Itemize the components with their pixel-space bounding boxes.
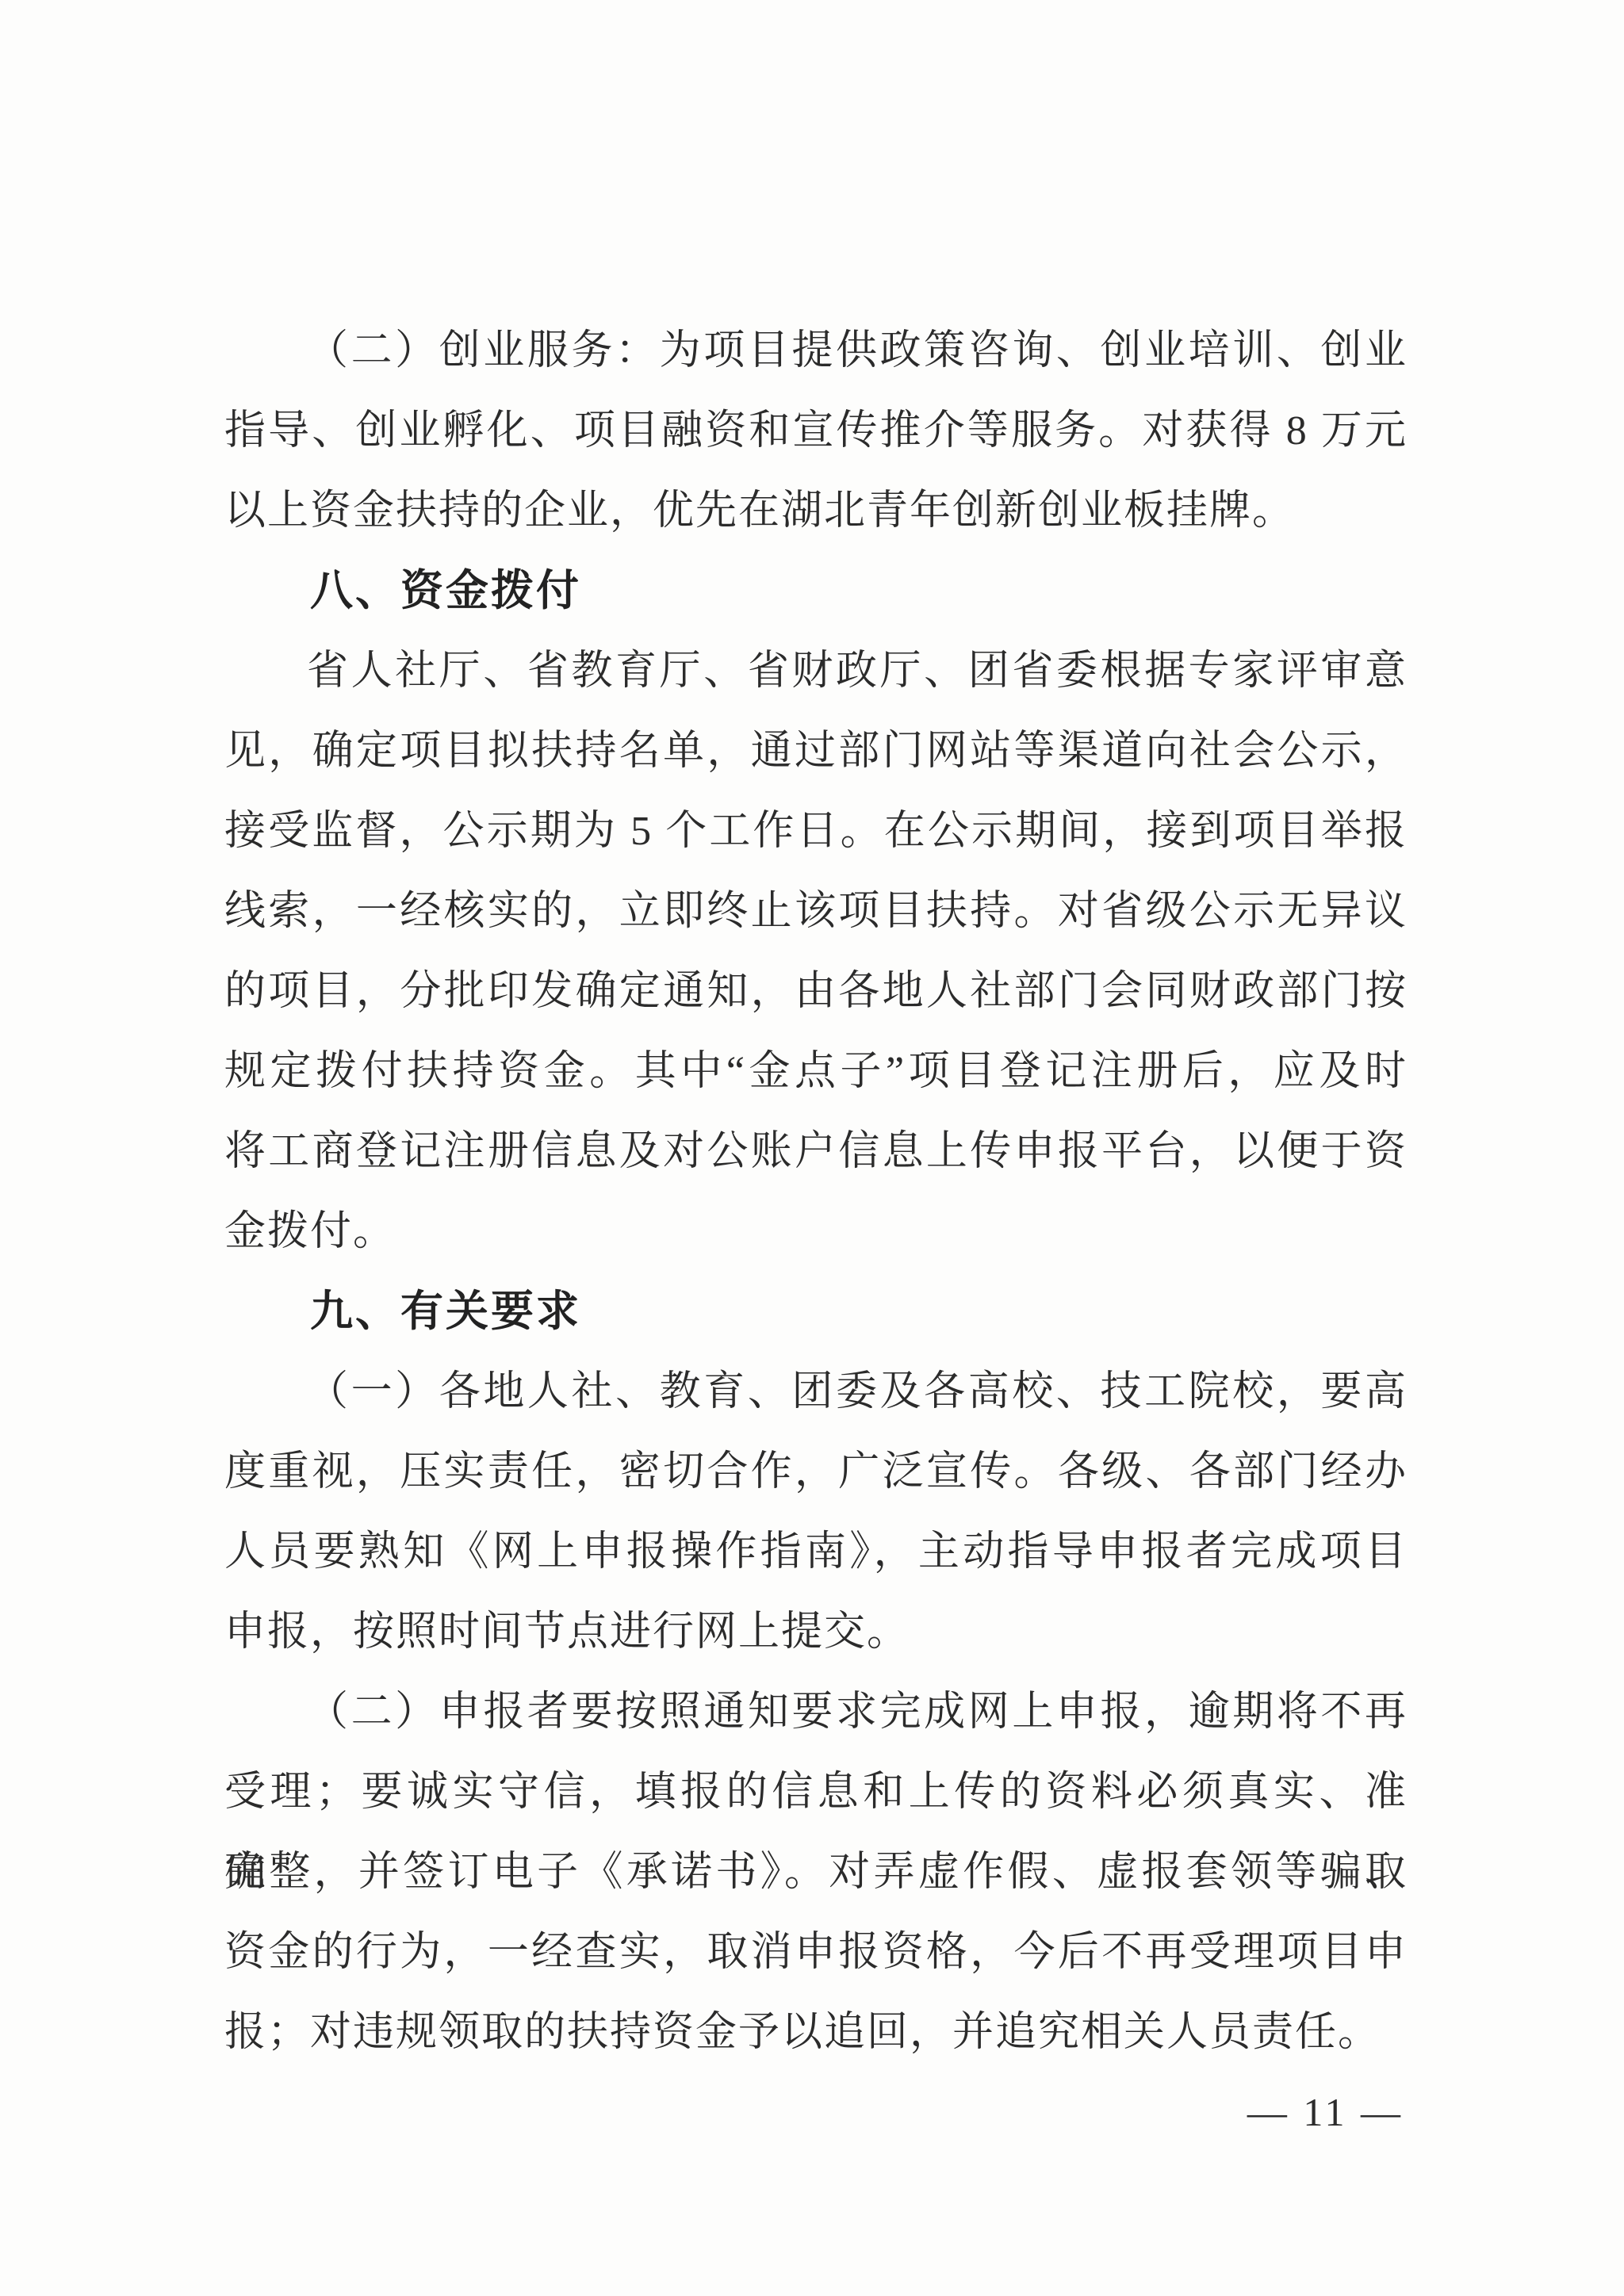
body-line: 接受监督，公示期为 5 个工作日。在公示期间，接到项目举报: [224, 791, 1408, 871]
body-line: 以上资金扶持的企业，优先在湖北青年创新创业板挂牌。: [224, 471, 1408, 551]
section-heading-requirements: 九、有关要求: [224, 1272, 1408, 1352]
body-line: （二）创业服务：为项目提供政策咨询、创业培训、创业: [224, 311, 1408, 391]
body-line: 指导、创业孵化、项目融资和宣传推介等服务。对获得 8 万元: [224, 391, 1408, 471]
body-line: 金拨付。: [224, 1192, 1408, 1272]
body-line: 资金的行为，一经查实，取消申报资格，今后不再受理项目申: [224, 1912, 1408, 1992]
body-line: （二）申报者要按照通知要求完成网上申报，逾期将不再: [224, 1672, 1408, 1752]
body-line: 见，确定项目拟扶持名单，通过部门网站等渠道向社会公示，: [224, 711, 1408, 791]
body-line: 规定拨付扶持资金。其中“金点子”项目登记注册后，应及时: [224, 1031, 1408, 1112]
body-line: 线索，一经核实的，立即终止该项目扶持。对省级公示无异议: [224, 871, 1408, 951]
section-heading-funds-allocation: 八、资金拨付: [224, 551, 1408, 631]
body-line: 受理；要诚实守信，填报的信息和上传的资料必须真实、准确、: [224, 1752, 1408, 1832]
body-line: 度重视，压实责任，密切合作，广泛宣传。各级、各部门经办: [224, 1432, 1408, 1512]
page-number: — 11 —: [1247, 2072, 1404, 2152]
body-line: 将工商登记注册信息及对公账户信息上传申报平台，以便于资: [224, 1112, 1408, 1192]
body-line: 省人社厅、省教育厅、省财政厅、团省委根据专家评审意: [224, 631, 1408, 711]
body-line: 申报，按照时间节点进行网上提交。: [224, 1592, 1408, 1672]
body-line: 完整，并签订电子《承诺书》。对弄虚作假、虚报套领等骗取: [224, 1832, 1408, 1912]
body-line: （一）各地人社、教育、团委及各高校、技工院校，要高: [224, 1352, 1408, 1432]
body-line: 人员要熟知《网上申报操作指南》，主动指导申报者完成项目: [224, 1512, 1408, 1592]
document-page: （二）创业服务：为项目提供政策咨询、创业培训、创业 指导、创业孵化、项目融资和宣…: [0, 0, 1624, 2296]
text-column: （二）创业服务：为项目提供政策咨询、创业培训、创业 指导、创业孵化、项目融资和宣…: [224, 311, 1408, 2072]
body-line: 的项目，分批印发确定通知，由各地人社部门会同财政部门按: [224, 951, 1408, 1031]
body-line: 报；对违规领取的扶持资金予以追回，并追究相关人员责任。: [224, 1992, 1408, 2072]
